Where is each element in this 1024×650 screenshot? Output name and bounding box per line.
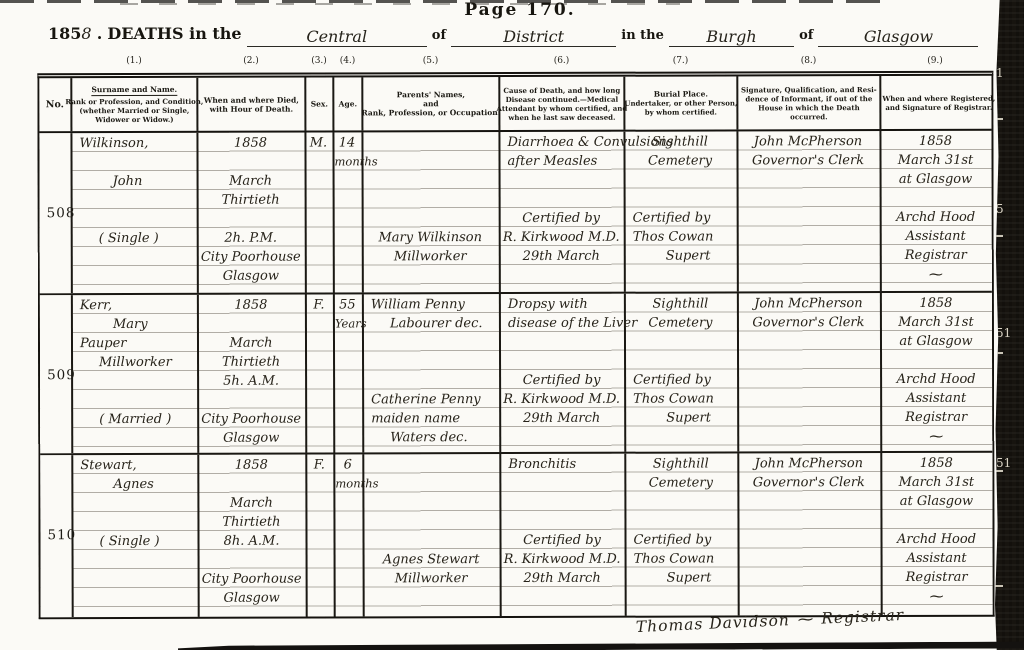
column-number-9: (9.): [880, 56, 990, 66]
cell-line: Assistant: [882, 391, 990, 406]
cell-line: Agnes: [73, 477, 195, 492]
table-row: 508 Wilkinson, John ( Single ) 1858 Marc…: [39, 131, 991, 295]
cell-line: 29th March: [501, 411, 622, 426]
cell-line: Wilkinson,: [72, 136, 194, 151]
scan-edge-right-band: 1 5 51 51: [995, 0, 1024, 650]
cell-line: Supert: [626, 248, 735, 263]
column-number-5: (5.): [362, 56, 499, 66]
table-row: 509 Kerr, Mary Pauper Millworker ( Marri…: [40, 293, 992, 455]
column-number-row: (1.) (2.) (3.) (4.) (5.) (6.) (7.) (8.) …: [38, 56, 990, 66]
cell-line: Archd Hood: [882, 372, 990, 387]
cell-line: Thirtieth: [199, 515, 303, 530]
header-died-line: with Hour of Death.: [210, 104, 293, 113]
cell-line: March: [199, 496, 303, 511]
cell-line: R. Kirkwood M.D.: [501, 230, 622, 245]
cell-line: at Glasgow: [882, 494, 990, 509]
cell-line: 55: [335, 297, 360, 312]
parents-cell: Mary Wilkinson Millworker: [363, 132, 500, 292]
column-number-7: (7.): [624, 56, 737, 66]
cell-line: months: [335, 476, 360, 490]
header-registered: When and where Registered, and Signature…: [881, 76, 996, 129]
header-no-label: No.: [46, 99, 64, 110]
cell-line: 1858: [199, 298, 303, 313]
cell-line: Millworker: [364, 249, 497, 264]
title-city-name-handwritten: Glasgow: [818, 27, 978, 47]
column-number-1: (1.): [71, 56, 197, 66]
margin-number: 5: [996, 202, 1004, 216]
signature-flourish: ⁓: [882, 429, 990, 446]
cell-line: Cemetery: [625, 153, 734, 168]
cell-line: Kerr,: [73, 298, 195, 313]
cell-line: Agnes Stewart: [365, 552, 498, 567]
column-number-3: (3.): [305, 56, 333, 66]
cell-line: Certified by: [501, 373, 622, 388]
sex-cell: M.: [306, 132, 334, 292]
cell-line: Cemetery: [626, 475, 735, 490]
age-cell: 14 months: [334, 132, 363, 292]
age-cell: 6 months: [335, 454, 364, 616]
cause-cell: Bronchitis Certified by R. Kirkwood M.D.…: [501, 454, 626, 616]
header-name-line: (whether Married or Single,: [79, 106, 189, 115]
cell-line: John McPherson: [739, 296, 878, 311]
header-sex: Sex.: [306, 77, 334, 130]
cell-line: Labourer dec.: [364, 316, 497, 331]
margin-tick: [995, 585, 1003, 587]
cell-line: Certified by: [626, 210, 735, 225]
sex-cell: F.: [307, 454, 335, 616]
cell-line: John McPherson: [739, 456, 878, 471]
cell-line: Governor's Clerk: [738, 153, 877, 168]
cell-line: Diarrhoea & Convulsions: [500, 135, 621, 150]
cell-line: Years: [335, 316, 360, 330]
cell-line: March: [199, 336, 303, 351]
column-number-4: (4.): [333, 56, 362, 66]
cell-line: F.: [307, 297, 331, 312]
cell-line: Sighthill: [625, 134, 734, 149]
cell-line: Thirtieth: [199, 193, 303, 208]
title-burgh-word-handwritten: Burgh: [669, 27, 794, 47]
cell-line: Thos Cowan: [627, 551, 736, 566]
header-cause-line: Disease continued.—Medical: [506, 94, 619, 103]
header-burial-line: by whom certified.: [645, 107, 717, 116]
informant-cell: John McPherson Governor's Clerk: [739, 293, 882, 451]
header-registered-line: and Signature of Registrar.: [885, 102, 992, 111]
age-cell: 55 Years: [335, 294, 364, 452]
died-cell: 1858 March Thirtieth 2h. P.M. City Poorh…: [198, 133, 306, 293]
header-died-line: When and where Died,: [204, 95, 299, 104]
cell-line: Governor's Clerk: [739, 475, 878, 490]
cell-line: Thos Cowan: [626, 391, 735, 406]
cell-line: Archd Hood: [882, 210, 990, 225]
informant-cell: John McPherson Governor's Clerk: [738, 131, 881, 291]
sex-cell: F.: [307, 294, 335, 452]
cell-line: John McPherson: [738, 134, 877, 149]
burial-cell: Sighthill Cemetery Certified by Thos Cow…: [625, 131, 738, 291]
header-age-label: Age.: [339, 99, 357, 108]
column-number-6: (6.): [499, 56, 624, 66]
cell-line: Glasgow: [199, 431, 303, 446]
cell-line: F.: [307, 457, 331, 472]
title-year-printed: 185: [48, 24, 81, 43]
header-parents-line: and: [423, 99, 439, 108]
cell-line: City Poorhouse: [200, 572, 304, 587]
cell-line: 14: [334, 135, 359, 150]
cell-line: Mary: [73, 317, 195, 332]
title-of-label-2: of: [799, 28, 813, 43]
cell-line: Sighthill: [626, 456, 735, 471]
registered-cell: 1858 March 31st at Glasgow Archd Hood As…: [881, 131, 991, 291]
cell-line: March 31st: [882, 315, 990, 330]
title-district-word-handwritten: District: [451, 27, 616, 47]
cell-line: Dropsy with: [501, 297, 622, 312]
cell-line: R. Kirkwood M.D.: [502, 552, 623, 567]
header-parents-line: Parents' Names,: [397, 90, 465, 99]
cell-line: Thos Cowan: [626, 229, 735, 244]
registrar-signature-flourish: ⁓: [789, 610, 821, 629]
title-in-the-label: in the: [621, 28, 664, 43]
informant-cell: John McPherson Governor's Clerk: [739, 453, 882, 615]
cell-line: Millworker: [365, 571, 498, 586]
cell-line: at Glasgow: [882, 172, 990, 187]
column-number-spacer: [38, 56, 71, 66]
cell-line: Assistant: [883, 551, 991, 566]
died-cell: 1858 March Thirtieth 8h. A.M. City Poorh…: [199, 455, 307, 617]
cell-line: 1858: [881, 134, 989, 149]
cell-line: Stewart,: [73, 458, 195, 473]
registered-cell: 1858 March 31st at Glasgow Archd Hood As…: [882, 453, 992, 615]
cell-line: Assistant: [882, 229, 990, 244]
cell-line: Sighthill: [626, 296, 735, 311]
column-number-2: (2.): [197, 56, 305, 66]
margin-tick: [995, 470, 1003, 472]
cell-line: 29th March: [502, 571, 623, 586]
name-cell: Stewart, Agnes ( Single ): [73, 455, 199, 617]
cell-line: Certified by: [501, 533, 622, 548]
scanned-death-register-page: Page 170. 1858 . DEATHS in the Central o…: [0, 0, 1024, 650]
cell-line: Registrar: [883, 570, 991, 585]
title-year-handwritten: 8: [81, 24, 91, 43]
cell-line: M.: [306, 135, 330, 150]
cause-cell: Diarrhoea & Convulsions after Measles Ce…: [500, 132, 625, 292]
cell-line: Waters dec.: [364, 430, 497, 445]
entry-number: 510: [47, 527, 76, 543]
cell-line: disease of the Liver: [501, 316, 622, 331]
cell-line: months: [335, 154, 360, 168]
header-died: When and where Died, with Hour of Death.: [198, 78, 306, 131]
cell-line: John: [73, 174, 195, 189]
margin-tick: [995, 352, 1003, 354]
header-informant: Signature, Qualification, and Resi- denc…: [738, 76, 881, 129]
cell-line: ( Married ): [73, 412, 195, 427]
cell-line: March: [199, 174, 303, 189]
cell-line: 29th March: [501, 249, 622, 264]
cell-line: Registrar: [882, 410, 990, 425]
parents-cell: William Penny Labourer dec. Catherine Pe…: [364, 294, 501, 452]
cell-line: Governor's Clerk: [739, 315, 878, 330]
header-cause: Cause of Death, and how long Disease con…: [500, 77, 625, 130]
cell-line: 5h. A.M.: [199, 374, 303, 389]
header-informant-line: House in which the Death: [758, 103, 860, 112]
name-cell: Kerr, Mary Pauper Millworker ( Married ): [73, 295, 199, 453]
header-parents-line: Rank, Profession, or Occupation.: [361, 108, 500, 117]
cell-line: Bronchitis: [501, 457, 622, 472]
header-sex-label: Sex.: [311, 99, 328, 108]
cell-line: ( Single ): [73, 231, 195, 246]
cell-line: Archd Hood: [882, 532, 990, 547]
cell-line: 1858: [198, 136, 302, 151]
cell-line: 1858: [199, 458, 303, 473]
registrar-signature-title: Registrar: [821, 606, 905, 628]
scan-edge-bottom-band: [178, 642, 1024, 650]
cause-cell: Dropsy with disease of the Liver Certifi…: [501, 294, 626, 452]
cell-line: Glasgow: [199, 269, 303, 284]
cell-line: Registrar: [882, 248, 990, 263]
cell-line: March 31st: [881, 153, 989, 168]
header-name-line: Surname and Name.: [91, 85, 177, 96]
cell-line: Pauper: [73, 336, 195, 351]
cell-line: Glasgow: [200, 591, 304, 606]
cell-line: Mary Wilkinson: [364, 230, 497, 245]
header-registered-line: When and where Registered,: [882, 93, 995, 102]
register-table: No. Surname and Name. Rank or Profession…: [37, 71, 994, 620]
cell-line: Supert: [627, 570, 736, 585]
header-burial-line: Undertaker, or other Person,: [624, 98, 737, 107]
scan-band-texture: [995, 0, 1024, 650]
cell-line: William Penny: [364, 297, 497, 312]
cell-line: 8h. A.M.: [199, 534, 303, 549]
cell-line: 1858: [882, 456, 990, 471]
cell-line: Supert: [626, 410, 735, 425]
cell-line: City Poorhouse: [199, 250, 303, 265]
header-informant-line: Signature, Qualification, and Resi-: [741, 85, 877, 94]
title-of-label-1: of: [432, 28, 446, 43]
burial-cell: Sighthill Cemetery Certified by Thos Cow…: [626, 453, 739, 615]
burial-cell: Sighthill Cemetery Certified by Thos Cow…: [626, 293, 739, 451]
margin-number: 51: [996, 456, 1011, 470]
cell-line: Thirtieth: [199, 355, 303, 370]
signature-flourish: ⁓: [882, 267, 990, 284]
cell-line: after Measles: [501, 154, 622, 169]
entry-number: 509: [47, 367, 76, 383]
header-age: Age.: [334, 77, 363, 130]
cell-line: Catherine Penny: [364, 392, 497, 407]
cell-line: at Glasgow: [882, 334, 990, 349]
header-cause-line: Attendant by whom certified, and: [497, 103, 628, 112]
entry-number-cell: 508: [39, 133, 72, 293]
cell-line: Millworker: [73, 355, 195, 370]
header-name: Surname and Name. Rank or Profession, an…: [72, 78, 198, 131]
margin-number: 51: [996, 326, 1011, 340]
register-title-line: 1858 . DEATHS in the Central of District…: [48, 24, 988, 44]
cell-line: maiden name: [364, 411, 497, 426]
entry-number-cell: 510: [40, 455, 73, 617]
cell-line: 6: [335, 457, 360, 472]
title-period: .: [97, 24, 103, 43]
title-deaths-label: DEATHS in the: [107, 24, 241, 43]
header-burial: Burial Place. Undertaker, or other Perso…: [625, 76, 738, 129]
header-cause-line: when he last saw deceased.: [508, 112, 615, 121]
cell-line: Certified by: [501, 211, 622, 226]
page-number-label: Page 170.: [420, 0, 620, 20]
registered-cell: 1858 March 31st at Glasgow Archd Hood As…: [882, 293, 992, 451]
margin-tick: [995, 235, 1003, 237]
table-header-row: No. Surname and Name. Rank or Profession…: [39, 76, 991, 133]
cell-line: Cemetery: [626, 315, 735, 330]
name-cell: Wilkinson, John ( Single ): [72, 133, 198, 293]
header-informant-line: dence of Informant, if out of the: [745, 94, 872, 103]
column-number-8: (8.): [737, 56, 880, 66]
parents-cell: Agnes Stewart Millworker: [364, 454, 501, 616]
entry-number: 508: [47, 205, 76, 221]
table-row: 510 Stewart, Agnes ( Single ) 1858 March…: [40, 453, 992, 617]
header-burial-line: Burial Place.: [654, 89, 708, 98]
margin-number: 1: [996, 66, 1004, 80]
title-district-name-handwritten: Central: [247, 27, 427, 47]
cell-line: ( Single ): [73, 534, 195, 549]
cell-line: March 31st: [882, 475, 990, 490]
cell-line: Certified by: [626, 532, 735, 547]
cell-line: 2h. P.M.: [199, 231, 303, 246]
header-cause-line: Cause of Death, and how long: [503, 85, 620, 94]
cell-line: R. Kirkwood M.D.: [501, 392, 622, 407]
died-cell: 1858 March Thirtieth 5h. A.M. City Poorh…: [199, 295, 307, 453]
cell-line: Certified by: [626, 372, 735, 387]
header-parents: Parents' Names, and Rank, Profession, or…: [363, 77, 500, 130]
entry-number-cell: 509: [40, 295, 73, 453]
cell-line: City Poorhouse: [199, 412, 303, 427]
header-name-line: Widower or Widow.): [95, 115, 173, 124]
cell-line: 1858: [882, 296, 990, 311]
header-name-line: Rank or Profession, and Condition,: [65, 97, 203, 106]
header-informant-line: occurred.: [790, 112, 827, 121]
